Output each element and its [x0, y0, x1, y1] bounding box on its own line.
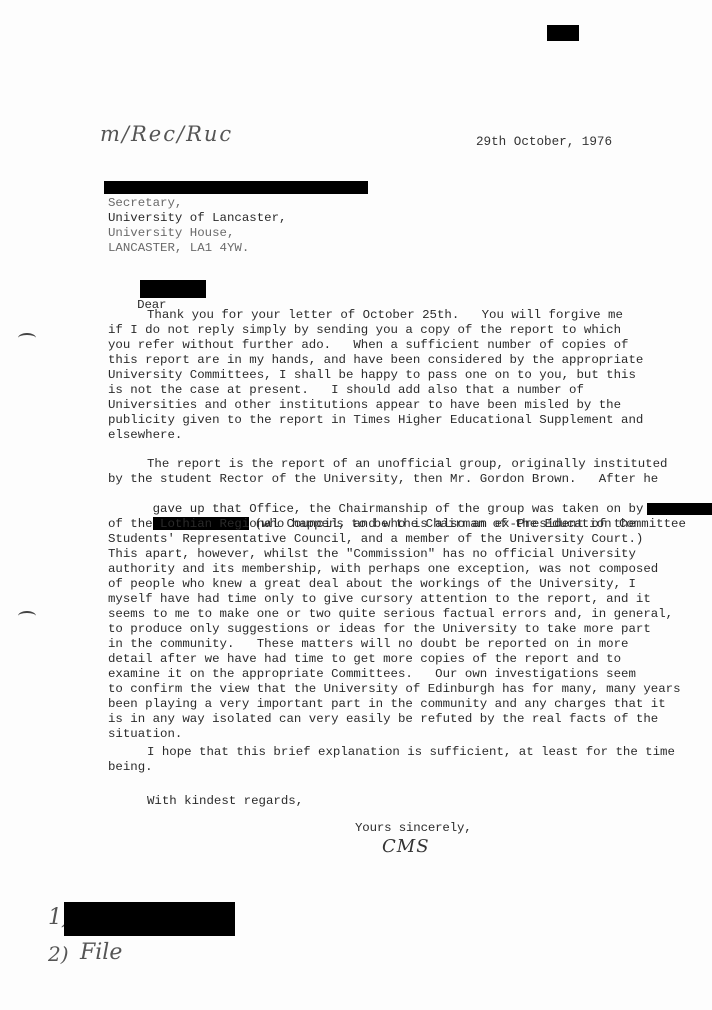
letter-page: m/Rec/Ruc 29th October, 1976 Secretary, … [0, 0, 712, 1010]
distribution-number-2: 2) [48, 942, 69, 966]
paragraph-line: this report are in my hands, and have be… [108, 353, 688, 368]
recipient-address: Secretary, University of Lancaster, Univ… [108, 196, 688, 256]
paragraph-1: Thank you for your letter of October 25t… [108, 308, 688, 443]
paragraph-line: you refer without further ado. When a su… [108, 338, 688, 353]
paragraph-line: gave up that Office, the Chairmanship of… [108, 487, 688, 502]
paragraph-line: This apart, however, whilst the "Commiss… [108, 547, 688, 562]
paragraph-line: situation. [108, 727, 688, 742]
redaction-distribution-1 [64, 902, 235, 936]
address-line: LANCASTER, LA1 4YW. [108, 241, 688, 256]
closing: Yours sincerely, [355, 821, 472, 836]
redaction-chairman-name-part1 [647, 503, 712, 515]
paragraph-4: With kindest regards, [108, 794, 688, 809]
regards-line: With kindest regards, [108, 794, 688, 809]
paragraph-line: publicity given to the report in Times H… [108, 413, 688, 428]
paragraph-line: Thank you for your letter of October 25t… [108, 308, 688, 323]
paragraph-line: examine it on the appropriate Committees… [108, 667, 688, 682]
paragraph-line: authority and its membership, with perha… [108, 562, 688, 577]
paragraph-line: The report is the report of an unofficia… [108, 457, 688, 472]
paragraph-line: of the Lothian Regional Council, and who… [108, 517, 688, 532]
paragraph-line: in the community. These matters will no … [108, 637, 688, 652]
paragraph-line: being. [108, 760, 688, 775]
paragraph-line: I hope that this brief explanation is su… [108, 745, 688, 760]
paragraph-line: is not the case at present. I should add… [108, 383, 688, 398]
distribution-file: File [80, 940, 122, 965]
redaction-salutation-name [140, 280, 206, 298]
punch-hole-mark [18, 611, 36, 621]
handwritten-reference: m/Rec/Ruc [100, 122, 233, 146]
letter-date: 29th October, 1976 [476, 135, 612, 149]
paragraph-line-text: gave up that Office, the Chairmanship of… [153, 502, 644, 516]
paragraph-line: to produce only suggestions or ideas for… [108, 622, 688, 637]
paragraph-2: The report is the report of an unofficia… [108, 457, 688, 742]
paragraph-line: Students' Representative Council, and a … [108, 532, 688, 547]
punch-hole-mark [18, 333, 36, 343]
redaction-recipient-name [104, 181, 368, 194]
paragraph-line: of people who knew a great deal about th… [108, 577, 688, 592]
paragraph-line: elsewhere. [108, 428, 688, 443]
paragraph-line: by the student Rector of the University,… [108, 472, 688, 487]
address-line: University House, [108, 226, 688, 241]
paragraph-line: been playing a very important part in th… [108, 697, 688, 712]
paragraph-line: seems to me to make one or two quite ser… [108, 607, 688, 622]
paragraph-line: is in any way isolated can very easily b… [108, 712, 688, 727]
signature-initials: CMS [382, 836, 430, 857]
paragraph-line: myself have had time only to give cursor… [108, 592, 688, 607]
paragraph-line: if I do not reply simply by sending you … [108, 323, 688, 338]
paragraph-line: University Committees, I shall be happy … [108, 368, 688, 383]
paragraph-line: detail after we have had time to get mor… [108, 652, 688, 667]
address-line: Secretary, [108, 196, 688, 211]
paragraph-line: to confirm the view that the University … [108, 682, 688, 697]
redaction-box-header [547, 25, 579, 41]
paragraph-line: Universities and other institutions appe… [108, 398, 688, 413]
address-line: University of Lancaster, [108, 211, 688, 226]
paragraph-3: I hope that this brief explanation is su… [108, 745, 688, 775]
